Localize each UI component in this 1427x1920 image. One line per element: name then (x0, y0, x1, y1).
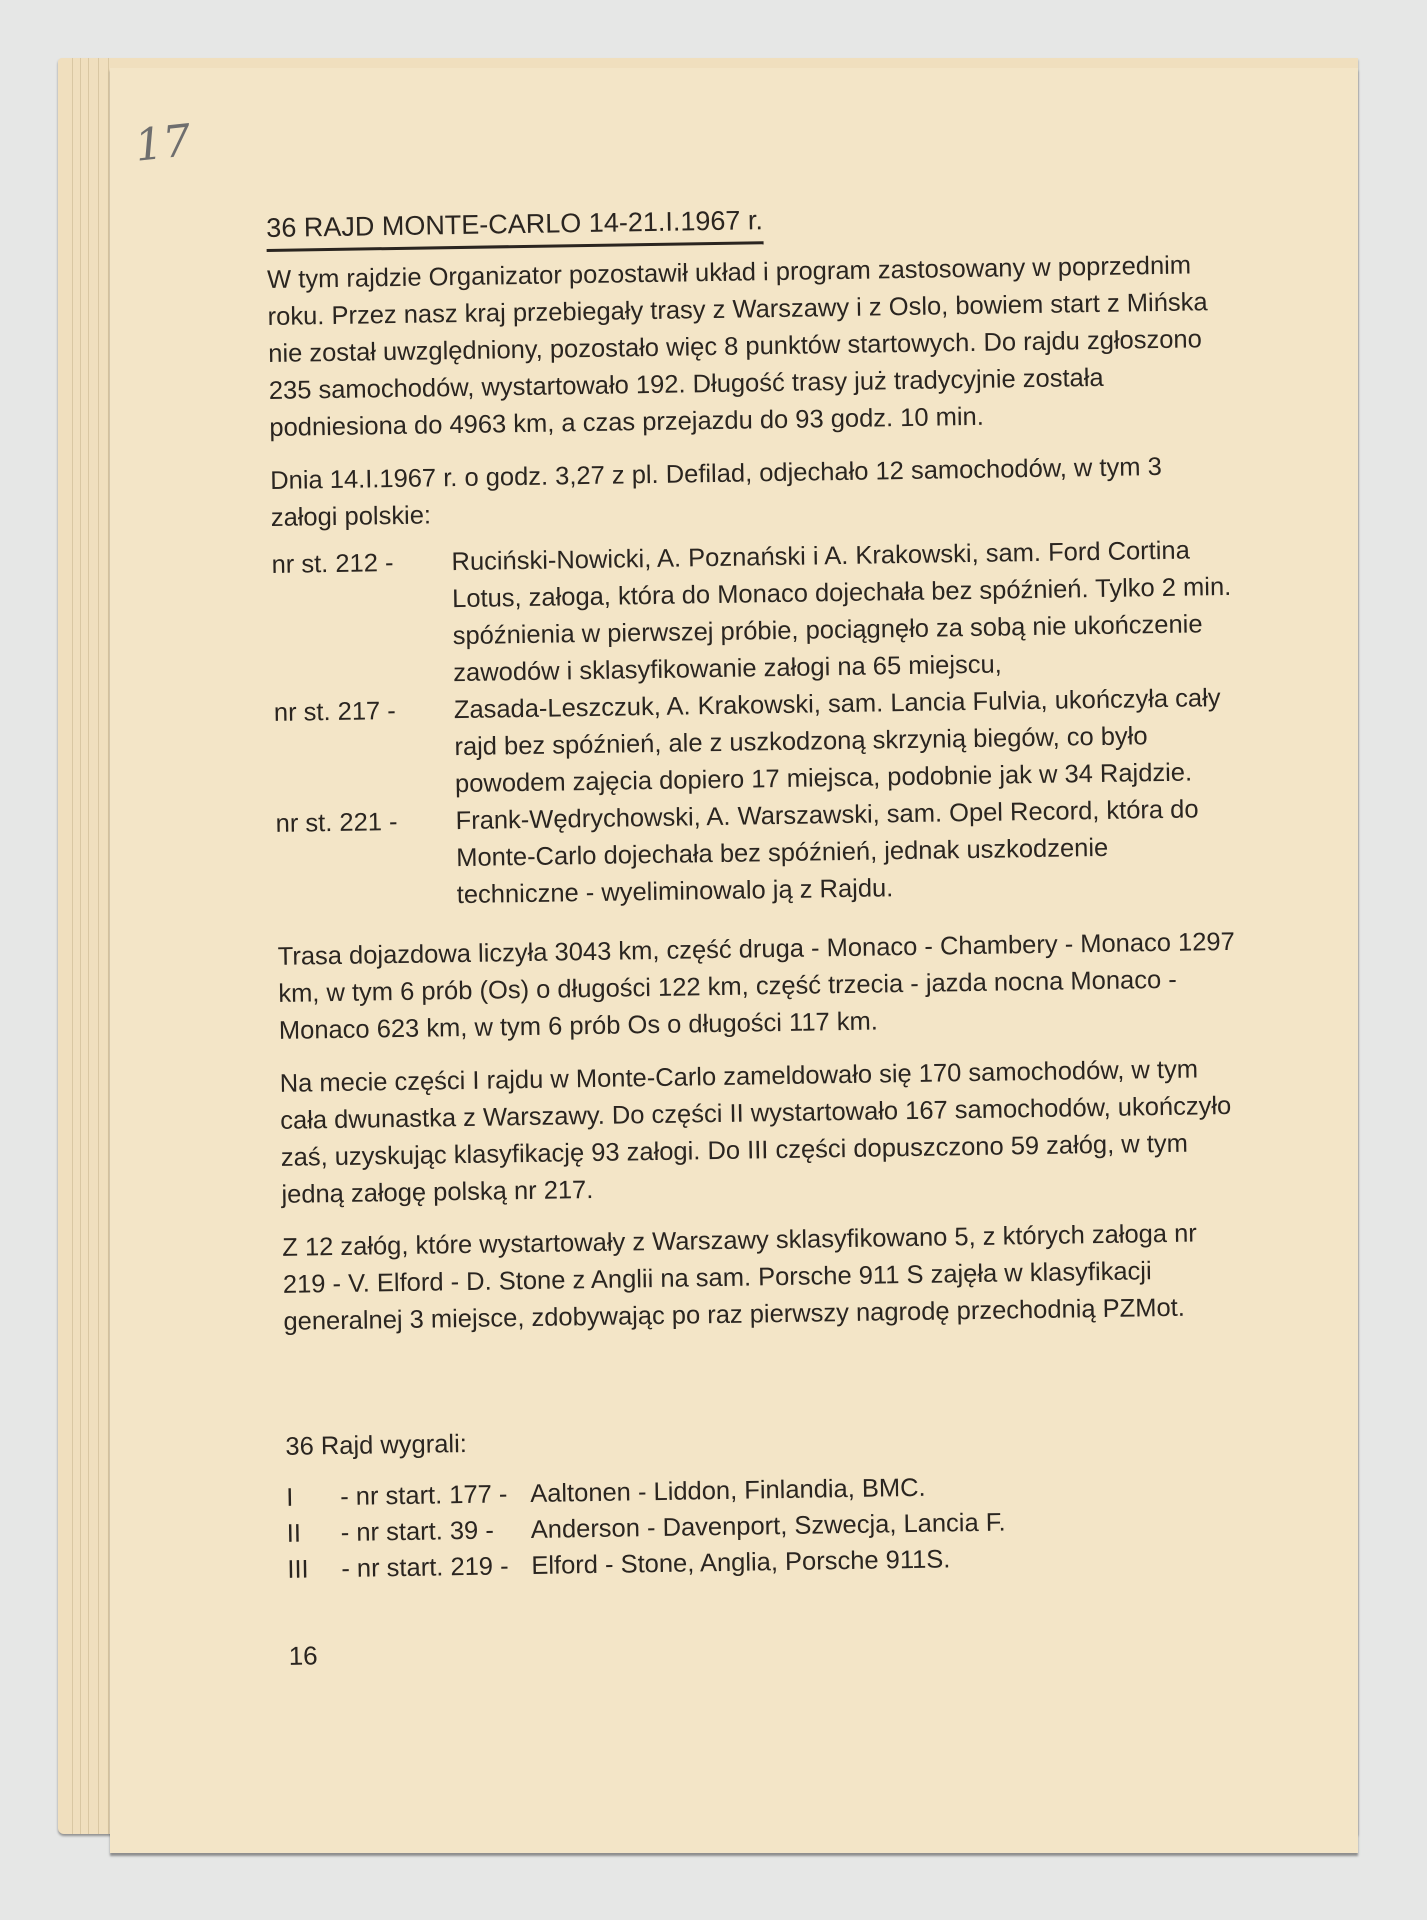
crew-description: Zasada-Leszczuk, A. Krakowski, sam. Lanc… (454, 680, 1236, 803)
intro-paragraph: W tym rajdzie Organizator pozostawił ukł… (267, 247, 1230, 447)
crew-entry: nr st. 217 - Zasada-Leszczuk, A. Krakows… (274, 680, 1236, 806)
crew-description: Ruciński-Nowicki, A. Poznański i A. Krak… (451, 532, 1233, 692)
crew-start-number: nr st. 221 - (275, 803, 457, 917)
crew-start-number: nr st. 217 - (274, 692, 456, 806)
crew-entry: nr st. 221 - Frank-Wędrychowski, A. Wars… (275, 791, 1237, 917)
crew-start-number: nr st. 212 - (271, 544, 453, 695)
page-title: 36 RAJD MONTE-CARLO 14-21.I.1967 r. (266, 202, 763, 252)
finish-paragraph: Na mecie części I rajdu w Monte-Carlo za… (279, 1051, 1241, 1214)
winner-start-number: - nr start. 177 - (340, 1476, 531, 1515)
winner-place: I (286, 1479, 341, 1516)
page-content: 36 RAJD MONTE-CARLO 14-21.I.1967 r. W ty… (266, 195, 1249, 1675)
winner-place: III (287, 1551, 342, 1588)
crew-entry: nr st. 212 - Ruciński-Nowicki, A. Poznań… (271, 532, 1233, 695)
winner-start-number: - nr start. 39 - (341, 1512, 532, 1551)
route-paragraph: Trasa dojazdowa liczyła 3043 km, część d… (277, 924, 1239, 1050)
page-edge-line (88, 58, 89, 1834)
winner-start-number: - nr start. 219 - (341, 1548, 532, 1587)
handwritten-page-note: 17 (132, 115, 193, 172)
start-paragraph: Dnia 14.I.1967 r. o godz. 3,27 z pl. Def… (270, 448, 1231, 537)
page-edge-line (72, 58, 73, 1834)
warsaw-paragraph: Z 12 załóg, które wystartowały z Warszaw… (282, 1215, 1244, 1341)
crew-description: Frank-Wędrychowski, A. Warszawski, sam. … (455, 791, 1237, 914)
page-edge-line (80, 58, 81, 1834)
winner-place: II (287, 1515, 342, 1552)
page-edge-line (98, 58, 99, 1834)
winners-heading: 36 Rajd wygrali: (285, 1414, 1245, 1466)
page-edge-line (108, 58, 109, 1834)
